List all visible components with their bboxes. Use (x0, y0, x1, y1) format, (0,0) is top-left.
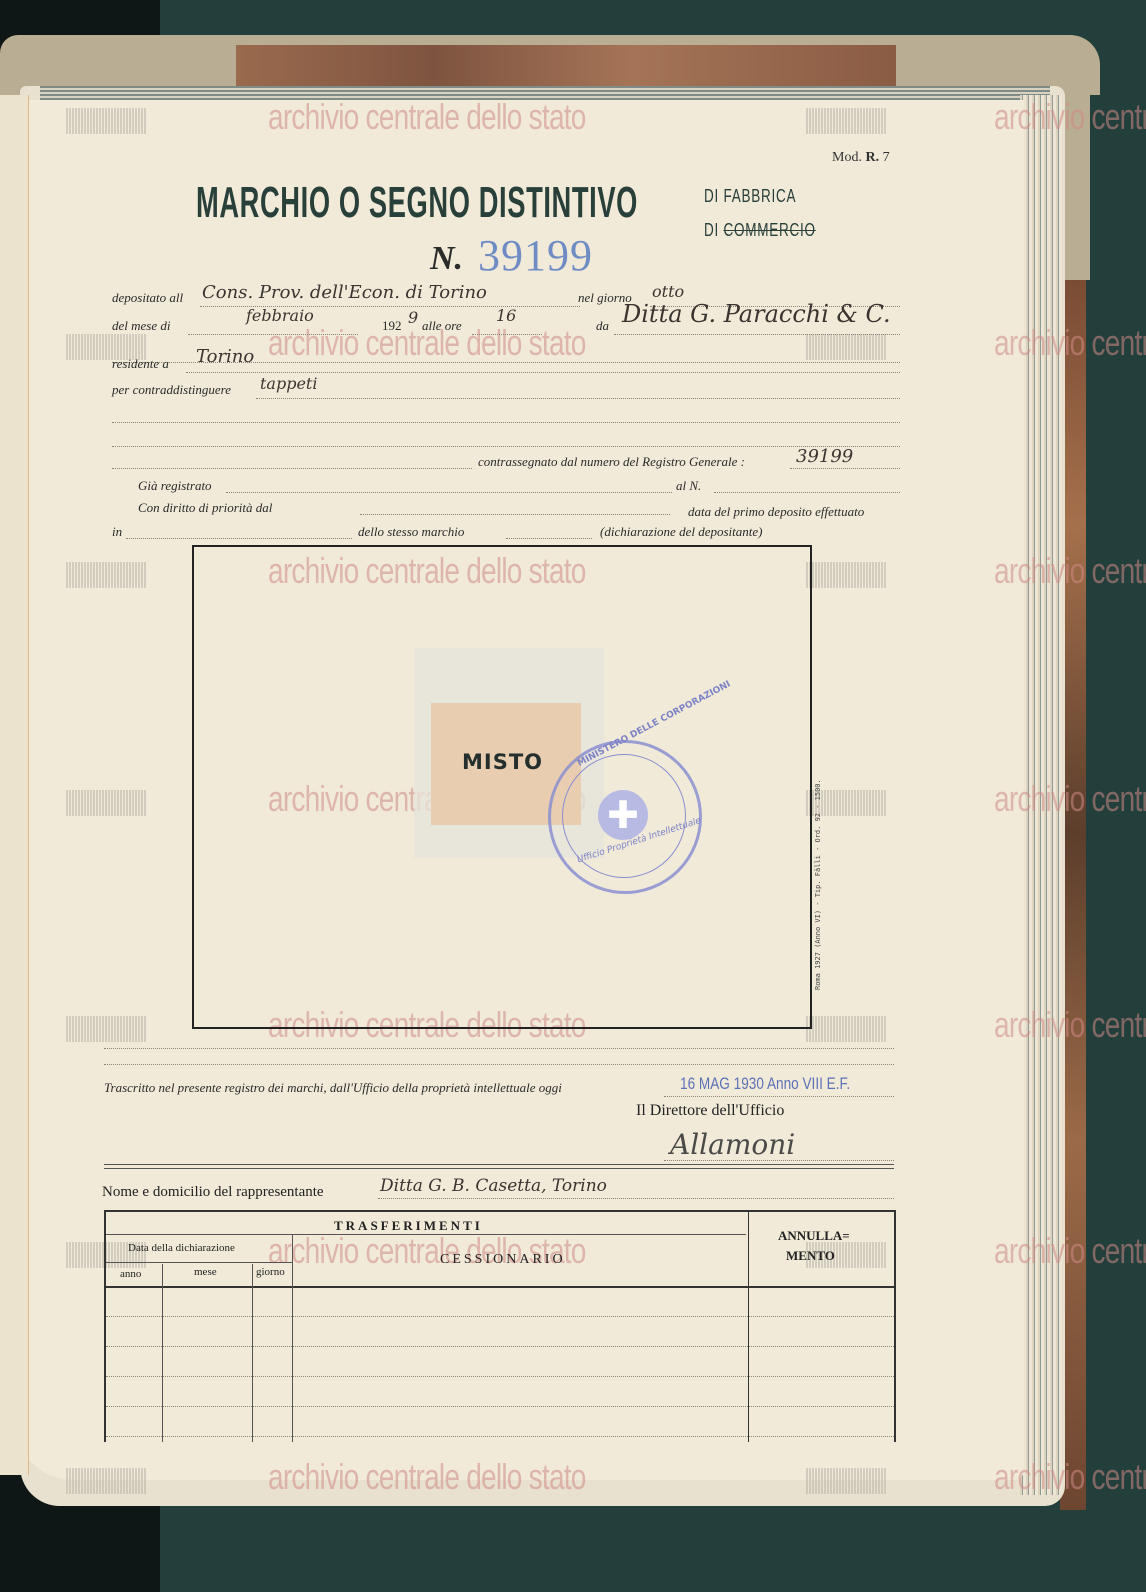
stesso-marchio-line (506, 538, 592, 539)
commercio-struck: COMMERCIO (724, 220, 816, 240)
mese-line (188, 334, 358, 335)
date-header-divider (106, 1262, 292, 1263)
residente-label: residente a (112, 356, 169, 372)
watermark-logo-icon (66, 562, 146, 588)
table-header-rule (106, 1286, 894, 1288)
representative-line (378, 1198, 894, 1199)
date-header: Data della dichiarazione (128, 1242, 235, 1254)
column-annullamento-2: MENTO (786, 1248, 835, 1264)
annullamento-divider (748, 1212, 749, 1442)
table-row-line (106, 1436, 894, 1437)
column-mese: mese (194, 1266, 217, 1278)
model-number: 7 (883, 150, 890, 165)
primo-deposito-label: data del primo deposito effettuato (688, 504, 864, 520)
ore-line (472, 334, 542, 335)
watermark-logo-icon (806, 562, 886, 588)
model-prefix: Mod. (832, 150, 862, 165)
page-title: MARCHIO O SEGNO DISTINTIVO (196, 178, 638, 228)
da-line (614, 334, 900, 335)
column-giorno: giorno (256, 1266, 285, 1278)
registro-label: contrassegnato dal numero del Registro G… (478, 454, 745, 470)
table-row-line (106, 1406, 894, 1407)
table-row-line (106, 1316, 894, 1317)
transcription-line (664, 1096, 894, 1097)
blank-line (104, 1048, 894, 1049)
section-divider (104, 1164, 894, 1169)
cessionario-divider (292, 1234, 293, 1442)
watermark-logo-icon (66, 1468, 146, 1494)
table-row-line (106, 1376, 894, 1377)
ore-value: 16 (496, 306, 516, 325)
watermark-logo-icon (66, 790, 146, 816)
watermark-logo-icon (66, 108, 146, 134)
gia-registrato-line (226, 492, 672, 493)
watermark-text: archivio centrale dello stato (268, 96, 586, 138)
registro-value: 39199 (796, 446, 853, 467)
stesso-marchio-label: dello stesso marchio (358, 524, 464, 540)
watermark-logo-icon (806, 334, 886, 360)
al-n-label: al N. (676, 478, 701, 494)
residente-line (186, 372, 900, 373)
column-annullamento-1: ANNULLA= (778, 1228, 850, 1244)
contraddistinguere-line (256, 398, 900, 399)
ore-label: alle ore (422, 318, 462, 334)
left-page-edge (0, 95, 29, 1475)
transfers-title: TRASFERIMENTI (334, 1218, 483, 1234)
column-cessionario: CESSIONARIO (440, 1252, 566, 1268)
al-n-line (714, 492, 900, 493)
giorno-value: otto (652, 282, 684, 301)
gia-registrato-label: Già registrato (138, 478, 212, 494)
watermark-logo-icon (806, 108, 886, 134)
model-code: Mod. R. 7 (832, 150, 890, 166)
priorita-label: Con diritto di priorità dal (138, 500, 272, 516)
mese-label: del mese di (112, 318, 170, 334)
specimen-label-text: MISTO (462, 750, 543, 774)
mese-divider (162, 1264, 163, 1442)
title-option-fabbrica: DI FABBRICA (704, 186, 796, 207)
commercio-prefix: DI (704, 220, 719, 240)
watermark-text: archivio centrale dello stato (994, 1456, 1146, 1498)
transcription-label: Trascritto nel presente registro dei mar… (104, 1080, 562, 1096)
watermark-text: archivio centrale dello stato (994, 550, 1146, 592)
da-value: Ditta G. Paracchi & C. (622, 300, 891, 328)
giorno-divider (252, 1264, 253, 1442)
representative-label: Nome e domicilio del rappresentante (102, 1184, 324, 1201)
watermark-text: archivio centrale dello stato (994, 1004, 1146, 1046)
header-divider (106, 1234, 746, 1235)
director-label: Il Direttore dell'Ufficio (636, 1102, 784, 1120)
watermark-logo-icon (66, 1016, 146, 1042)
da-label: da (596, 318, 609, 334)
in-line (126, 538, 352, 539)
watermark-text: archivio centrale dello stato (994, 1230, 1146, 1272)
title-option-commercio: DI COMMERCIO (704, 220, 816, 241)
blank-line (104, 1064, 894, 1065)
blank-line (112, 468, 472, 469)
model-letter: R. (865, 150, 879, 165)
table-row-line (106, 1346, 894, 1347)
watermark-text: archivio centrale dello stato (994, 778, 1146, 820)
savoy-cross-emblem-icon: ✚ (598, 790, 648, 840)
watermark-logo-icon (806, 1468, 886, 1494)
registration-number-stamp: 39199 (478, 230, 593, 281)
anno-label: 192 (382, 318, 402, 334)
anno-value: 9 (408, 308, 418, 327)
representative-value: Ditta G. B. Casetta, Torino (380, 1176, 607, 1196)
transfers-table: TRASFERIMENTI Data della dichiarazione a… (104, 1210, 896, 1442)
registro-line (790, 468, 900, 469)
mese-value: febbraio (246, 306, 314, 325)
depositato-label: depositato all (112, 290, 183, 306)
printer-note: Roma 1927 (Anno VI) - Tip. Fälli - Ord. … (814, 779, 822, 990)
blank-line (112, 422, 900, 423)
contraddistinguere-value: tappeti (260, 374, 317, 393)
transcription-date-stamp: 16 MAG 1930 Anno VIII E.F. (680, 1074, 850, 1094)
watermark-logo-icon (806, 1016, 886, 1042)
column-anno: anno (120, 1268, 141, 1280)
watermark-text: archivio centrale dello stato (268, 1456, 586, 1498)
depositato-value: Cons. Prov. dell'Econ. di Torino (202, 282, 487, 303)
number-prefix: N. (430, 240, 463, 278)
book-binding-leather (236, 45, 896, 90)
director-signature: Allamoni (670, 1128, 795, 1161)
watermark-text: archivio centrale dello stato (994, 322, 1146, 364)
blank-line (112, 446, 900, 447)
in-label: in (112, 524, 122, 540)
dichiarazione-label: (dichiarazione del depositante) (600, 524, 762, 540)
residente-value: Torino (196, 346, 254, 367)
contraddistinguere-label: per contraddistinguere (112, 382, 231, 398)
priorita-line (360, 514, 670, 515)
watermark-text: archivio centrale dello stato (994, 96, 1146, 138)
